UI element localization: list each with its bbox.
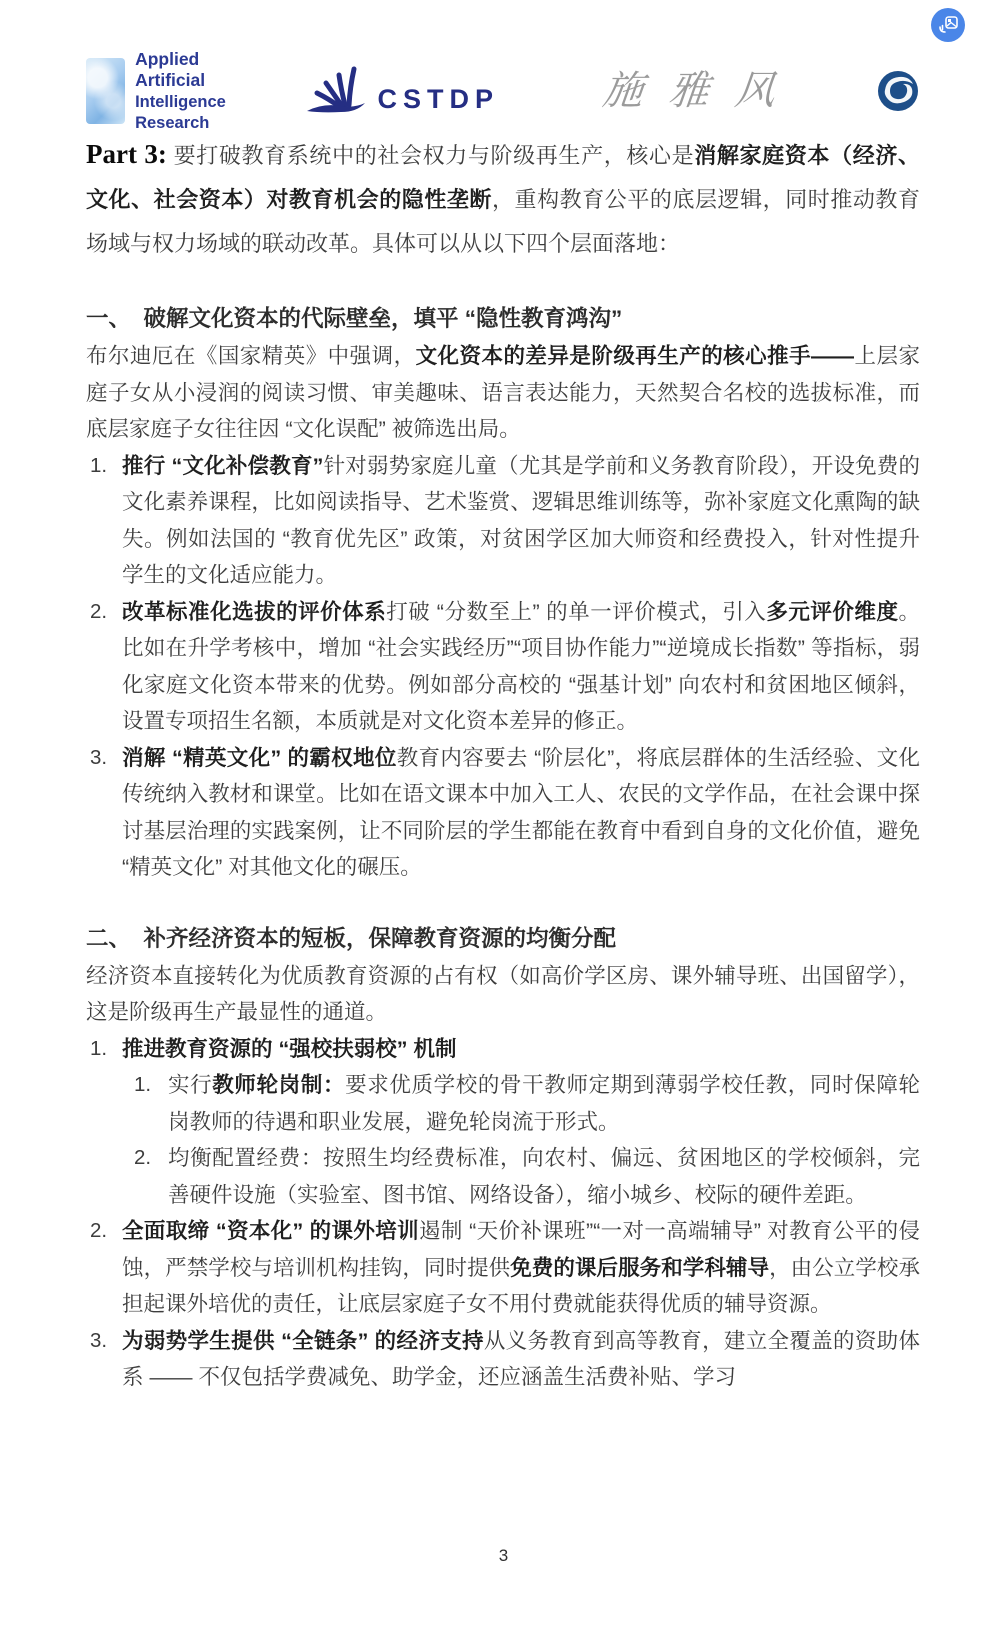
text-segment: 免费的课后服务和学科辅导 [510, 1256, 769, 1280]
section-list: 推行 “文化补偿教育”针对弱势家庭儿童（尤其是学前和义务教育阶段），开设免费的文… [86, 448, 920, 886]
logo-banner: Applied Artificial Intelligence Research… [86, 56, 921, 126]
text-segment: 推进教育资源的 “强校扶弱校” 机制 [122, 1037, 456, 1061]
text-segment: 经济资本直接转化为优质教育资源的占有权（如高价学区房、课外辅导班、出国留学），这… [86, 964, 920, 1025]
text-segment: 改革标准化选拔的评价体系 [122, 600, 386, 624]
intro-paragraph: Part 3: 要打破教育系统中的社会权力与阶级再生产，核心是消解家庭资本（经济… [86, 132, 920, 266]
text-segment: 全面取缔 “资本化” 的课外培训 [122, 1219, 419, 1243]
list-item-text: 均衡配置经费：按照生均经费标准，向农村、偏远、贫困地区的学校倾斜，完善硬件设施（… [168, 1140, 920, 1213]
document-section: 一、 破解文化资本的代际壁垒，填平 “隐性教育鸿沟”布尔迪厄在《国家精英》中强调… [86, 300, 920, 886]
list-item-text: 推行 “文化补偿教育”针对弱势家庭儿童（尤其是学前和义务教育阶段），开设免费的文… [122, 448, 920, 594]
text-segment: 布尔迪厄在《国家精英》中强调， [86, 344, 416, 368]
sub-list-item: 实行教师轮岗制：要求优质学校的骨干教师定期到薄弱学校任教，同时保障轮岗教师的待遇… [168, 1067, 920, 1140]
sub-list: 实行教师轮岗制：要求优质学校的骨干教师定期到薄弱学校任教，同时保障轮岗教师的待遇… [122, 1067, 920, 1213]
document-page: Applied Artificial Intelligence Research… [0, 0, 1007, 1642]
list-item: 推进教育资源的 “强校扶弱校” 机制实行教师轮岗制：要求优质学校的骨干教师定期到… [122, 1031, 920, 1214]
section-list: 推进教育资源的 “强校扶弱校” 机制实行教师轮岗制：要求优质学校的骨干教师定期到… [86, 1031, 920, 1396]
cstdp-logo: CSTDP [305, 65, 499, 117]
aair-logo-text: Applied Artificial Intelligence Research [135, 49, 253, 134]
section-intro: 布尔迪厄在《国家精英》中强调，文化资本的差异是阶级再生产的核心推手——上层家庭子… [86, 338, 920, 448]
translate-image-icon [937, 14, 959, 36]
list-item: 改革标准化选拔的评价体系打破 “分数至上” 的单一评价模式，引入多元评价维度。比… [122, 594, 920, 740]
list-item-text: 实行教师轮岗制：要求优质学校的骨干教师定期到薄弱学校任教，同时保障轮岗教师的待遇… [168, 1067, 920, 1140]
list-item-text: 消解 “精英文化” 的霸权地位教育内容要去 “阶层化”，将底层群体的生活经验、文… [122, 740, 920, 886]
list-item: 推行 “文化补偿教育”针对弱势家庭儿童（尤其是学前和义务教育阶段），开设免费的文… [122, 448, 920, 594]
sub-list-item: 均衡配置经费：按照生均经费标准，向农村、偏远、贫困地区的学校倾斜，完善硬件设施（… [168, 1140, 920, 1213]
text-segment: 教师轮岗制： [212, 1073, 345, 1097]
list-item-text: 为弱势学生提供 “全链条” 的经济支持从义务教育到高等教育，建立全覆盖的资助体系… [122, 1323, 920, 1396]
text-segment: 消解 “精英文化” 的霸权地位 [122, 746, 397, 770]
cstdp-logo-text: CSTDP [377, 86, 499, 117]
list-item-text: 全面取缔 “资本化” 的课外培训遏制 “天价补课班”“一对一高端辅导” 对教育公… [122, 1213, 920, 1323]
signature-logo: 施雅风 [601, 71, 803, 111]
text-segment: 要打破教育系统中的社会权力与阶级再生产，核心是 [167, 143, 694, 168]
section-heading: 二、 补齐经济资本的短板，保障教育资源的均衡分配 [86, 920, 920, 958]
document-section: 二、 补齐经济资本的短板，保障教育资源的均衡分配经济资本直接转化为优质教育资源的… [86, 920, 920, 1396]
list-item-text: 改革标准化选拔的评价体系打破 “分数至上” 的单一评价模式，引入多元评价维度。比… [122, 594, 920, 740]
section-intro: 经济资本直接转化为优质教育资源的占有权（如高价学区房、课外辅导班、出国留学），这… [86, 958, 920, 1031]
text-segment: 推行 “文化补偿教育” [122, 454, 323, 478]
translate-image-button[interactable] [931, 8, 965, 42]
text-segment: 为弱势学生提供 “全链条” 的经济支持 [122, 1329, 484, 1353]
document-body: Part 3: 要打破教育系统中的社会权力与阶级再生产，核心是消解家庭资本（经济… [86, 132, 920, 1396]
aair-logo-image [86, 58, 125, 124]
part-label: Part 3: [86, 139, 167, 169]
text-segment: 实行 [168, 1073, 212, 1097]
list-item-text: 推进教育资源的 “强校扶弱校” 机制 [122, 1031, 920, 1068]
cstdp-wing-icon [305, 65, 371, 117]
section-heading: 一、 破解文化资本的代际壁垒，填平 “隐性教育鸿沟” [86, 300, 920, 338]
wave-emblem-logo [875, 68, 921, 114]
text-segment: 均衡配置经费：按照生均经费标准，向农村、偏远、贫困地区的学校倾斜，完善硬件设施（… [168, 1146, 920, 1207]
list-item: 消解 “精英文化” 的霸权地位教育内容要去 “阶层化”，将底层群体的生活经验、文… [122, 740, 920, 886]
aair-logo: Applied Artificial Intelligence Research [86, 49, 253, 134]
page-number: 3 [0, 1546, 1007, 1566]
text-segment: 多元评价维度 [766, 600, 898, 624]
text-segment: 文化资本的差异是阶级再生产的核心推手—— [416, 344, 854, 368]
list-item: 全面取缔 “资本化” 的课外培训遏制 “天价补课班”“一对一高端辅导” 对教育公… [122, 1213, 920, 1323]
aair-logo-line1: Applied Artificial [135, 49, 253, 93]
list-item: 为弱势学生提供 “全链条” 的经济支持从义务教育到高等教育，建立全覆盖的资助体系… [122, 1323, 920, 1396]
aair-logo-line2: Intelligence Research [135, 92, 253, 133]
text-segment: 打破 “分数至上” 的单一评价模式，引入 [386, 600, 766, 624]
